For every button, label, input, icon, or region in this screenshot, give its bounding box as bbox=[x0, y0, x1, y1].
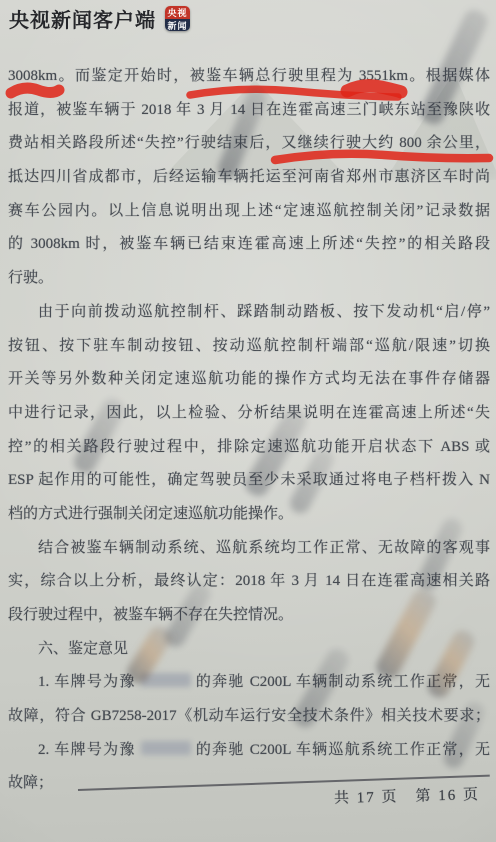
doc-line: 控”的相关路段行驶过程中，排除定速巡航功能开启状态下 ABS 或 bbox=[8, 431, 490, 465]
doc-line: 的 3008km 时，被鉴车辆已结束连霍高速上所述“失控”的相关路段 bbox=[8, 228, 490, 262]
cctv-news-app-icon: 央视 新闻 bbox=[165, 6, 190, 31]
app-name: 央视新闻客户端 bbox=[9, 4, 156, 33]
doc-line: 行驶。 bbox=[8, 262, 490, 296]
doc-line: 赛车公园内。以上信息说明出现上述“定速巡航控制关闭”记录数据 bbox=[8, 195, 490, 229]
doc-line-finding-1: 1. 车牌号为豫 的奔驰 C200L 车辆制动系统工作正常，无 bbox=[8, 666, 490, 700]
doc-line: 档的方式进行强制关闭定速巡航功能操作。 bbox=[8, 498, 490, 532]
page-number: 共 17 页 第 16 页 bbox=[334, 783, 481, 808]
finding-2-prefix: 2. 车牌号为豫 bbox=[38, 742, 136, 758]
finding-1-suffix: 的奔驰 C200L 车辆制动系统工作正常，无 bbox=[196, 674, 490, 690]
doc-line: 开关等另外数种关闭定速巡航功能的操作方式均无法在事件存储器 bbox=[8, 363, 490, 397]
doc-line: 实，综合以上分析，最终认定：2018 年 3 月 14 日在连霍高速相关路 bbox=[8, 565, 490, 599]
doc-line: 费站相关路段所述“失控”行驶结束后，又继续行驶大约 800 余公里， bbox=[8, 127, 490, 161]
document-text: 3008km。而鉴定开始时，被鉴车辆总行驶里程为 3551km。根据媒体 报道，… bbox=[8, 60, 490, 801]
doc-line: ESP 起作用的可能性，确定驾驶员至少未采取通过将电子档杆拨入 N bbox=[8, 464, 490, 498]
doc-line-finding-2: 2. 车牌号为豫 的奔驰 C200L 车辆巡航系统工作正常，无 bbox=[8, 734, 490, 768]
doc-line: 3008km。而鉴定开始时，被鉴车辆总行驶里程为 3551km。根据媒体 bbox=[8, 60, 490, 94]
header-bar: 央视新闻客户端 央视 新闻 bbox=[9, 4, 190, 33]
doc-line: 结合被鉴车辆制动系统、巡航系统均工作正常、无故障的客观事 bbox=[8, 532, 490, 566]
doc-line: 抵达四川省成都市，后经运输车辆托运至河南省郑州市惠济区车时尚 bbox=[8, 161, 490, 195]
app-icon-top-label: 央视 bbox=[165, 6, 190, 19]
redacted-license-plate bbox=[141, 741, 191, 755]
document-photo: 央视新闻客户端 央视 新闻 3008km。而鉴定开始时，被鉴车辆总行驶里程为 3… bbox=[0, 0, 496, 842]
finding-1-prefix: 1. 车牌号为豫 bbox=[38, 674, 136, 690]
doc-line: 故障，符合 GB7258-2017《机动车运行安全技术条件》相关技术要求； bbox=[8, 700, 490, 734]
doc-line: 中进行记录，因此，以上检验、分析结果说明在连霍高速上所述“失 bbox=[8, 397, 490, 431]
doc-line: 按钮、按下驻车制动按钮、按动巡航控制杆端部“巡航/限速”切换 bbox=[8, 330, 490, 364]
doc-line: 段行驶过程中，被鉴车辆不存在失控情况。 bbox=[8, 599, 490, 633]
doc-line: 报道，被鉴车辆于 2018 年 3 月 14 日在连霍高速三门峡东站至豫陕收 bbox=[8, 94, 490, 128]
section-heading: 六、鉴定意见 bbox=[8, 633, 490, 667]
doc-line: 由于向前拨动巡航控制杆、踩踏制动踏板、按下发动机“启/停” bbox=[8, 296, 490, 330]
finding-2-suffix: 的奔驰 C200L 车辆巡航系统工作正常，无 bbox=[196, 742, 490, 758]
redacted-license-plate bbox=[141, 673, 191, 687]
app-icon-bottom-label: 新闻 bbox=[165, 19, 190, 31]
